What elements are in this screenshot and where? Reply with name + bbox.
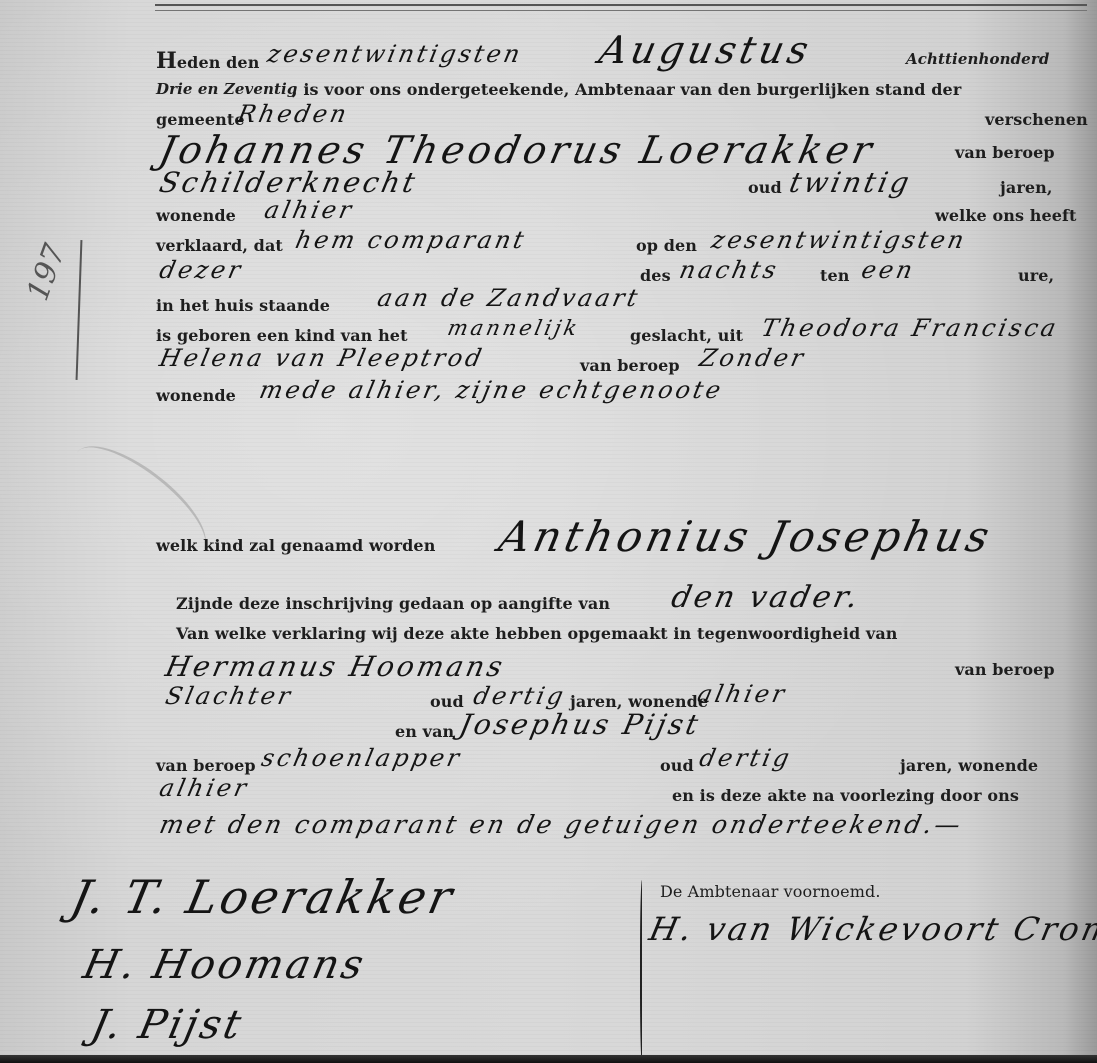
handwritten-day: zesentwintigsten (265, 40, 525, 68)
handwritten-witness1-occupation: Slachter (163, 682, 296, 710)
printed-year-a: Achttienhonderd (906, 50, 1049, 68)
top-rule (155, 4, 1087, 11)
handwritten-municipality: Rheden (235, 100, 352, 128)
signature-official: H. van Wickevoort Crommelin (646, 910, 1097, 948)
printed-text: welke ons heeft (935, 206, 1077, 225)
printed-text: oud (748, 178, 782, 197)
signature-witness2: J. Pijst (87, 1002, 248, 1048)
printed-text: gemeente (156, 110, 245, 129)
margin-entry-number: 197 (20, 240, 72, 306)
printed-text: , is voor ons ondergeteekende, Ambtenaar… (292, 80, 961, 99)
printed-text: van beroep (955, 143, 1055, 162)
printed-text: wonende (156, 386, 236, 405)
document-scan: 197 Heden den zesentwintigsten Augustus … (0, 0, 1097, 1063)
handwritten-closing: met den comparant en de getuigen onderte… (157, 810, 966, 839)
printed-text: welk kind zal genaamd worden (156, 536, 435, 555)
handwritten-address: aan de Zandvaart (375, 284, 643, 312)
handwritten-mother-name-b: Helena van Pleeptrod (157, 344, 487, 372)
printed-text: verschenen (985, 110, 1088, 129)
signature-father: J. T. Loerakker (66, 870, 460, 924)
official-label: De Ambtenaar voornoemd. (660, 882, 881, 901)
printed-text: ure, (1018, 266, 1054, 285)
printed-text: Heden den (156, 48, 259, 74)
handwritten-witness2-age: dertig (697, 744, 795, 772)
printed-text: wonende (156, 206, 236, 225)
handwritten-witness1-name: Hermanus Hoomans (162, 650, 508, 683)
printed-text: van beroep (580, 356, 680, 375)
printed-text: en is deze akte na voorlezing door ons (672, 786, 1019, 805)
handwritten-witness2-name: Josephus Pijst (456, 708, 703, 741)
handwritten-witness2-residence: alhier (157, 774, 252, 802)
handwritten-witness2-occupation: schoenlapper (259, 744, 465, 772)
printed-text: verklaard, dat (156, 236, 283, 255)
printed-text: is geboren een kind van het (156, 326, 408, 345)
signature-witness1: H. Hoomans (79, 942, 370, 988)
handwritten-mother-residence: mede alhier, zijne echtgenoote (257, 376, 726, 404)
printed-text: van beroep (156, 756, 256, 775)
handwritten-text: hem comparant (293, 226, 529, 254)
signature-divider (640, 880, 645, 1063)
handwritten-mother-occupation: Zonder (697, 344, 809, 372)
printed-text: jaren, (1000, 178, 1053, 197)
printed-text: oud (430, 692, 464, 711)
printed-text: in het huis staande (156, 296, 330, 315)
printed-text: Van welke verklaring wij deze akte hebbe… (176, 624, 898, 643)
handwritten-father-age: twintig (786, 166, 914, 199)
handwritten-time-of-day: nachts (677, 256, 782, 284)
printed-fragment: eden den (177, 53, 260, 72)
handwritten-father-residence: alhier (262, 196, 357, 224)
printed-text: geslacht, uit (630, 326, 743, 345)
handwritten-birth-day: zesentwintigsten (709, 226, 969, 254)
printed-year-b: Drie en Zeventig (156, 80, 297, 98)
printed-text: op den (636, 236, 697, 255)
handwritten-declarant: den vader. (668, 580, 864, 615)
handwritten-sex: mannelijk (445, 316, 582, 340)
scan-bottom-edge (0, 1055, 1097, 1063)
handwritten-text: dezer (157, 256, 246, 284)
printed-text: Zijnde deze inschrijving gedaan op aangi… (176, 594, 610, 613)
printed-text: van beroep (955, 660, 1055, 679)
handwritten-mother-name-a: Theodora Francisca (759, 314, 1061, 342)
printed-text: oud (660, 756, 694, 775)
handwritten-father-occupation: Schilderknecht (156, 166, 420, 199)
handwritten-month: Augustus (595, 28, 816, 72)
handwritten-child-name: Anthonius Josephus (495, 512, 998, 561)
printed-text: des (640, 266, 671, 285)
drop-cap: H (156, 48, 177, 74)
handwritten-witness1-age: dertig (471, 682, 569, 710)
printed-text: jaren, wonende (900, 756, 1038, 775)
printed-text: en van (395, 722, 454, 741)
handwritten-hour: een (859, 256, 918, 284)
printed-text: ten (820, 266, 850, 285)
handwritten-witness1-residence: alhier (695, 680, 790, 708)
margin-line (76, 240, 83, 380)
